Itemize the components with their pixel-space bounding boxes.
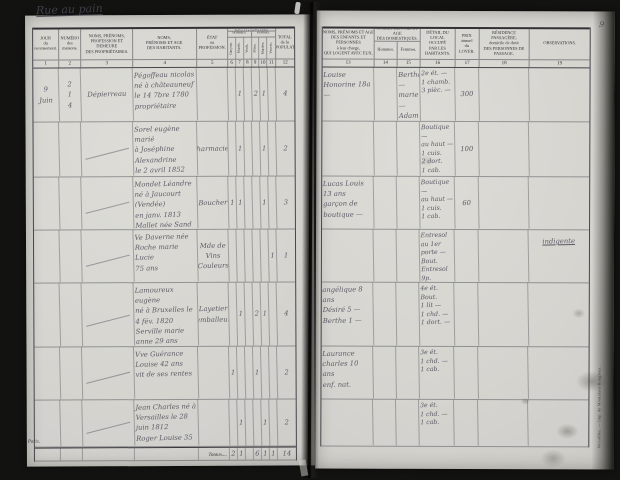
- totals-label: Totaux....: [199, 448, 230, 460]
- cell-house-number: [60, 400, 83, 447]
- cell-observations: [529, 122, 590, 177]
- col-header-proprietaires: NOMS, PRÉNOMS, PROFESSION ET DEMEURE DES…: [81, 29, 133, 67]
- cell-residence: [478, 400, 529, 447]
- cell-rent: [454, 283, 479, 346]
- cell-residence: [478, 283, 529, 347]
- cell-day: 9 Juin: [33, 68, 60, 122]
- cell-day: [33, 122, 60, 177]
- col-header-total: TOTAL de la POPULATION.12: [276, 28, 294, 66]
- cell-day: [34, 347, 61, 400]
- left-table-header: JOUR du recensement.1 NUMÉRO des maisons…: [33, 26, 294, 68]
- cell-servants-male: [374, 177, 398, 229]
- scanned-register-spread: Rue au pain 9 JOUR du recensement.1 NUMÉ…: [0, 0, 620, 480]
- register-row: Mondet Léandre né à Jaucourt (Vendée) en…: [34, 176, 295, 230]
- cell-proprietor: [81, 122, 134, 177]
- cell-house-number: [59, 177, 82, 230]
- cell-observations: [528, 400, 589, 447]
- cell-inhabitants: Pégoffeau nicolas né à châteauneuf le 14…: [133, 67, 198, 122]
- col-header-profession: ÉTAT ou PROFESSION.5: [197, 29, 228, 67]
- col-header-dom-femmes: Femmes.: [397, 42, 420, 59]
- cell-house-number: 2 1 4: [59, 68, 82, 122]
- col-header-habitants: NOMS, PRÉNOMS ET AGE DES HABITANTS.4: [133, 29, 197, 67]
- totals-row: Totaux.... 2 1 6 1 1 14: [35, 446, 296, 461]
- col-header-enfants: NOMS, PRÉNOMS ET AGE DES ENFANTS ET PERS…: [323, 29, 375, 67]
- subcol-veufs: Veufs.: [244, 37, 252, 59]
- subcol-mariees: Mariées.: [259, 37, 267, 59]
- cell-residence: [479, 122, 530, 177]
- register-row: angélique 8 ans Désiré 5 — Berthe 1 — 4e…: [322, 283, 589, 348]
- col-group-etat-civil: ÉTAT CIVIL DES HABITANTS. HOMMES. FEMMES…: [228, 29, 276, 67]
- subcol-maries: Mariés.: [236, 37, 244, 59]
- cell-servants-male: [373, 230, 397, 282]
- cell-total: 4: [277, 282, 297, 345]
- col-header-jour: JOUR du recensement.1: [33, 29, 59, 67]
- cell-proprietor: [82, 400, 135, 447]
- printer-imprint: Versailles. — Imp. de Montalant-Bougleux…: [596, 356, 601, 448]
- cell-empty: [135, 448, 199, 460]
- cell-house-number: [59, 122, 82, 177]
- cell-servants-female: Berthaux — marie — Adam —: [397, 68, 421, 121]
- register-row: 3e ét. 1 chd. — 1 cab.: [321, 399, 588, 447]
- cell-empty: [83, 448, 135, 460]
- cell-children: [321, 399, 374, 446]
- col-header-femmes: FEMMES.: [252, 31, 276, 36]
- cell-inhabitants: Lamoureux eugène né à Bruxelles le 4 fév…: [134, 282, 200, 347]
- cell-profession: Pharmacien: [197, 121, 229, 176]
- col-header-loyer: PRIX annuel du LOYER.17: [456, 29, 480, 67]
- cell-house-number: [59, 230, 82, 283]
- cell-rent: 60: [455, 177, 480, 229]
- cell-observations: [528, 347, 589, 400]
- cell-total: 2: [276, 121, 295, 175]
- cell-observations: [529, 68, 590, 122]
- cell-profession: Boucher: [197, 176, 229, 229]
- cell-observations: [529, 177, 590, 230]
- margin-label: Paris.: [28, 440, 40, 445]
- cell-proprietor: [82, 347, 135, 400]
- cell-total: 3: [276, 176, 295, 228]
- col-header-dom-hommes: Hommes.: [375, 42, 398, 59]
- cell-servants-male: [373, 400, 397, 446]
- cell-children: angélique 8 ans Désiré 5 — Berthe 1 —: [321, 282, 374, 346]
- cell-profession: [197, 67, 229, 121]
- cell-inhabitants: Ve Daverne née Roche marie Lucie 75 ans: [133, 229, 198, 283]
- cell-observations: [528, 283, 589, 347]
- register-table-right: NOMS, PRÉNOMS ET AGE DES ENFANTS ET PERS…: [320, 26, 590, 447]
- subcol-veuves: Veuves.: [267, 37, 275, 59]
- cell-servants-female: [397, 177, 421, 229]
- cell-children: [321, 229, 374, 282]
- cell-observations: indigente: [528, 230, 589, 283]
- subcol-filles: Filles.: [252, 37, 260, 59]
- cell-children: Laurance charles 10 ans enf. nat.: [321, 346, 374, 399]
- cell-servants-female: [396, 400, 420, 446]
- cell-day: [34, 283, 62, 347]
- cell-profession: [198, 399, 230, 446]
- col-header-observations: OBSERVATIONS.19: [530, 29, 590, 67]
- col-header-residence: RÉSIDENCE PASSAGÈRE, domicile de droit D…: [480, 29, 530, 67]
- cell-profession: Layetier emballeur: [198, 282, 231, 346]
- cell-empty: [35, 448, 61, 460]
- cell-proprietor: [81, 230, 134, 283]
- col-number: 1: [33, 59, 58, 67]
- binding-glint-top: [294, 2, 301, 15]
- cell-lodging-detail: 4e ét. Bout. 1 lit — 1 chd. — 1 dort. —: [419, 283, 455, 347]
- left-page: JOUR du recensement.1 NUMÉRO des maisons…: [25, 14, 315, 466]
- cell-rent: 100: [455, 122, 480, 176]
- register-row: Lamoureux eugène né à Bruxelles le 4 fév…: [34, 282, 295, 347]
- cell-proprietor: Dépierreau: [81, 68, 134, 122]
- cell-house-number: [60, 347, 83, 400]
- cell-proprietor: [82, 283, 136, 347]
- cell-children: Lucas Louis 13 ans garçon de boutique —: [322, 176, 375, 229]
- cell-servants-male: [374, 68, 398, 121]
- cell-profession: Mde de Vins Couleurs: [197, 229, 229, 282]
- register-row: Vve Guérance Louise 42 ans vit de ses re…: [34, 346, 295, 400]
- col-group-domestiques: NOMS, PRÉNOMS ET AGE DES DOMESTIQUES. Ho…: [375, 29, 421, 67]
- cell-residence: [479, 68, 530, 122]
- col-header-local: DÉTAIL DU LOCAL OCCUPÉ PAR LES HABITANTS…: [421, 29, 456, 67]
- register-row: Jean Charles né à Versailles le 28 juin …: [35, 399, 296, 447]
- register-row: Ve Daverne née Roche marie Lucie 75 ans …: [34, 229, 295, 283]
- cell-inhabitants: Mondet Léandre né à Jaucourt (Vendée) en…: [133, 176, 198, 230]
- cell-total: 2: [277, 399, 296, 445]
- cell-rent: 300: [455, 68, 480, 121]
- cell-residence: [478, 230, 529, 283]
- cell-lodging-detail: 3e ét. 1 chd. — 1 cab.: [419, 347, 455, 400]
- cell-empty: [61, 448, 83, 460]
- cell-rent: [454, 400, 479, 446]
- cell-total: 1: [276, 229, 295, 281]
- cell-profession: [198, 346, 230, 399]
- cell-servants-male: [374, 122, 398, 176]
- cell-total: 4: [276, 67, 295, 120]
- cell-lodging-detail: 2e ét. — 1 chamb. 3 pièc. —: [420, 68, 456, 122]
- cell-total: 2: [277, 346, 296, 398]
- cell-residence: [478, 347, 529, 400]
- col-header-numero: NUMÉRO des maisons.2: [59, 29, 81, 67]
- right-table-header: NOMS, PRÉNOMS ET AGE DES ENFANTS ET PERS…: [323, 27, 590, 69]
- register-row: Laurance charles 10 ans enf. nat. 3e ét.…: [321, 347, 588, 401]
- cell-proprietor: [81, 177, 134, 230]
- cell-inhabitants: Vve Guérance Louise 42 ans vit de ses re…: [134, 346, 199, 400]
- col-header-hommes: HOMMES.: [228, 31, 252, 36]
- cell-house-number: [60, 283, 84, 347]
- cell-servants-female: [397, 122, 421, 176]
- street-title: Rue au pain: [36, 2, 103, 17]
- cell-children: [322, 121, 375, 176]
- register-row: Entresol au 1er porte — Bout. Entresol 9…: [322, 230, 589, 284]
- cell-servants-male: [373, 283, 397, 346]
- binding-shadow: [301, 2, 321, 478]
- grand-total: 14: [278, 447, 296, 459]
- cell-lodging-detail: 3e ét. 1 chd. — 1 cab.: [419, 400, 455, 447]
- register-row: Sorel eugène marié à Joséphine Alexandri…: [33, 121, 294, 177]
- cell-rent: [454, 230, 479, 282]
- cell-inhabitants: Jean Charles né à Versailles le 28 juin …: [134, 399, 199, 447]
- register-table-left: JOUR du recensement.1 NUMÉRO des maisons…: [32, 26, 297, 461]
- cell-day: [33, 230, 60, 283]
- register-row: Lucas Louis 13 ans garçon de boutique — …: [322, 177, 589, 231]
- cell-servants-female: [396, 283, 420, 346]
- register-row: Louise Honorine 18a — Berthaux — marie —…: [322, 68, 589, 123]
- cell-lodging-detail: Boutique — au haut — 1 cuis. 2 dort. 1 c…: [420, 122, 456, 177]
- register-row: 9 Juin 2 1 4 Dépierreau Pégoffeau nicola…: [33, 67, 294, 122]
- register-row: Boutique — au haut — 1 cuis. 2 dort. 1 c…: [322, 122, 589, 178]
- cell-servants-female: [396, 347, 420, 399]
- cell-lodging-detail: Entresol au 1er porte — Bout. Entresol 9…: [419, 230, 455, 283]
- cell-children: Louise Honorine 18a —: [322, 67, 375, 121]
- cell-lodging-detail: Boutique — au haut — 1 cuis. 1 cab.: [420, 177, 456, 230]
- cell-residence: [479, 177, 530, 230]
- subcol-garcons: Garçons.: [228, 37, 236, 59]
- cell-inhabitants: Sorel eugène marié à Joséphine Alexandri…: [133, 121, 198, 177]
- cell-servants-female: [396, 230, 420, 282]
- right-page: NOMS, PRÉNOMS ET AGE DES ENFANTS ET PERS…: [315, 10, 615, 469]
- domestiques-label: NOMS, PRÉNOMS ET AGE DES DOMESTIQUES.: [375, 29, 420, 42]
- cell-servants-male: [373, 347, 397, 399]
- cell-rent: [454, 347, 479, 399]
- cell-day: [33, 177, 60, 230]
